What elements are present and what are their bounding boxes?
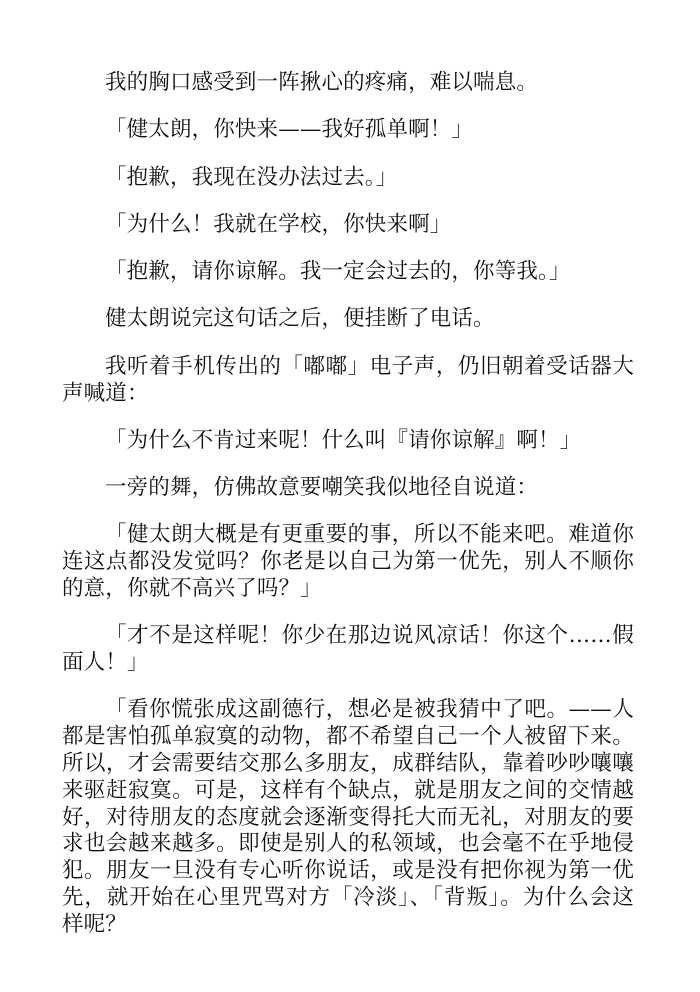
paragraph-2: 「健太朗，你快来——我好孤单啊！」: [62, 117, 634, 144]
paragraph-12: 「看你慌张成这副德行，想必是被我猜中了吧。——人都是害怕孤单寂寞的动物，都不希望…: [62, 697, 634, 938]
paragraph-6: 健太朗说完这句话之后，便挂断了电话。: [62, 306, 634, 333]
paragraph-8: 「为什么不肯过来呢！什么叫『请你谅解』啊！」: [62, 428, 634, 455]
paragraph-10: 「健太朗大概是有更重要的事，所以不能来吧。难道你连这点都没发觉吗？你老是以自己为…: [62, 522, 634, 602]
paragraph-5: 「抱歉，请你谅解。我一定会过去的，你等我。」: [62, 259, 634, 286]
document-page: 我的胸口感受到一阵揪心的疼痛，难以喘息。 「健太朗，你快来——我好孤单啊！」 「…: [62, 70, 634, 959]
paragraph-1: 我的胸口感受到一阵揪心的疼痛，难以喘息。: [62, 70, 634, 97]
paragraph-7: 我听着手机传出的「嘟嘟」电子声，仍旧朝着受话器大声喊道：: [62, 354, 634, 408]
paragraph-9: 一旁的舞，仿佛故意要嘲笑我似地径自说道：: [62, 475, 634, 502]
paragraph-4: 「为什么！我就在学校，你快来啊」: [62, 212, 634, 239]
paragraph-11: 「才不是这样呢！你少在那边说风凉话！你这个……假面人！」: [62, 623, 634, 677]
paragraph-3: 「抱歉，我现在没办法过去。」: [62, 165, 634, 192]
